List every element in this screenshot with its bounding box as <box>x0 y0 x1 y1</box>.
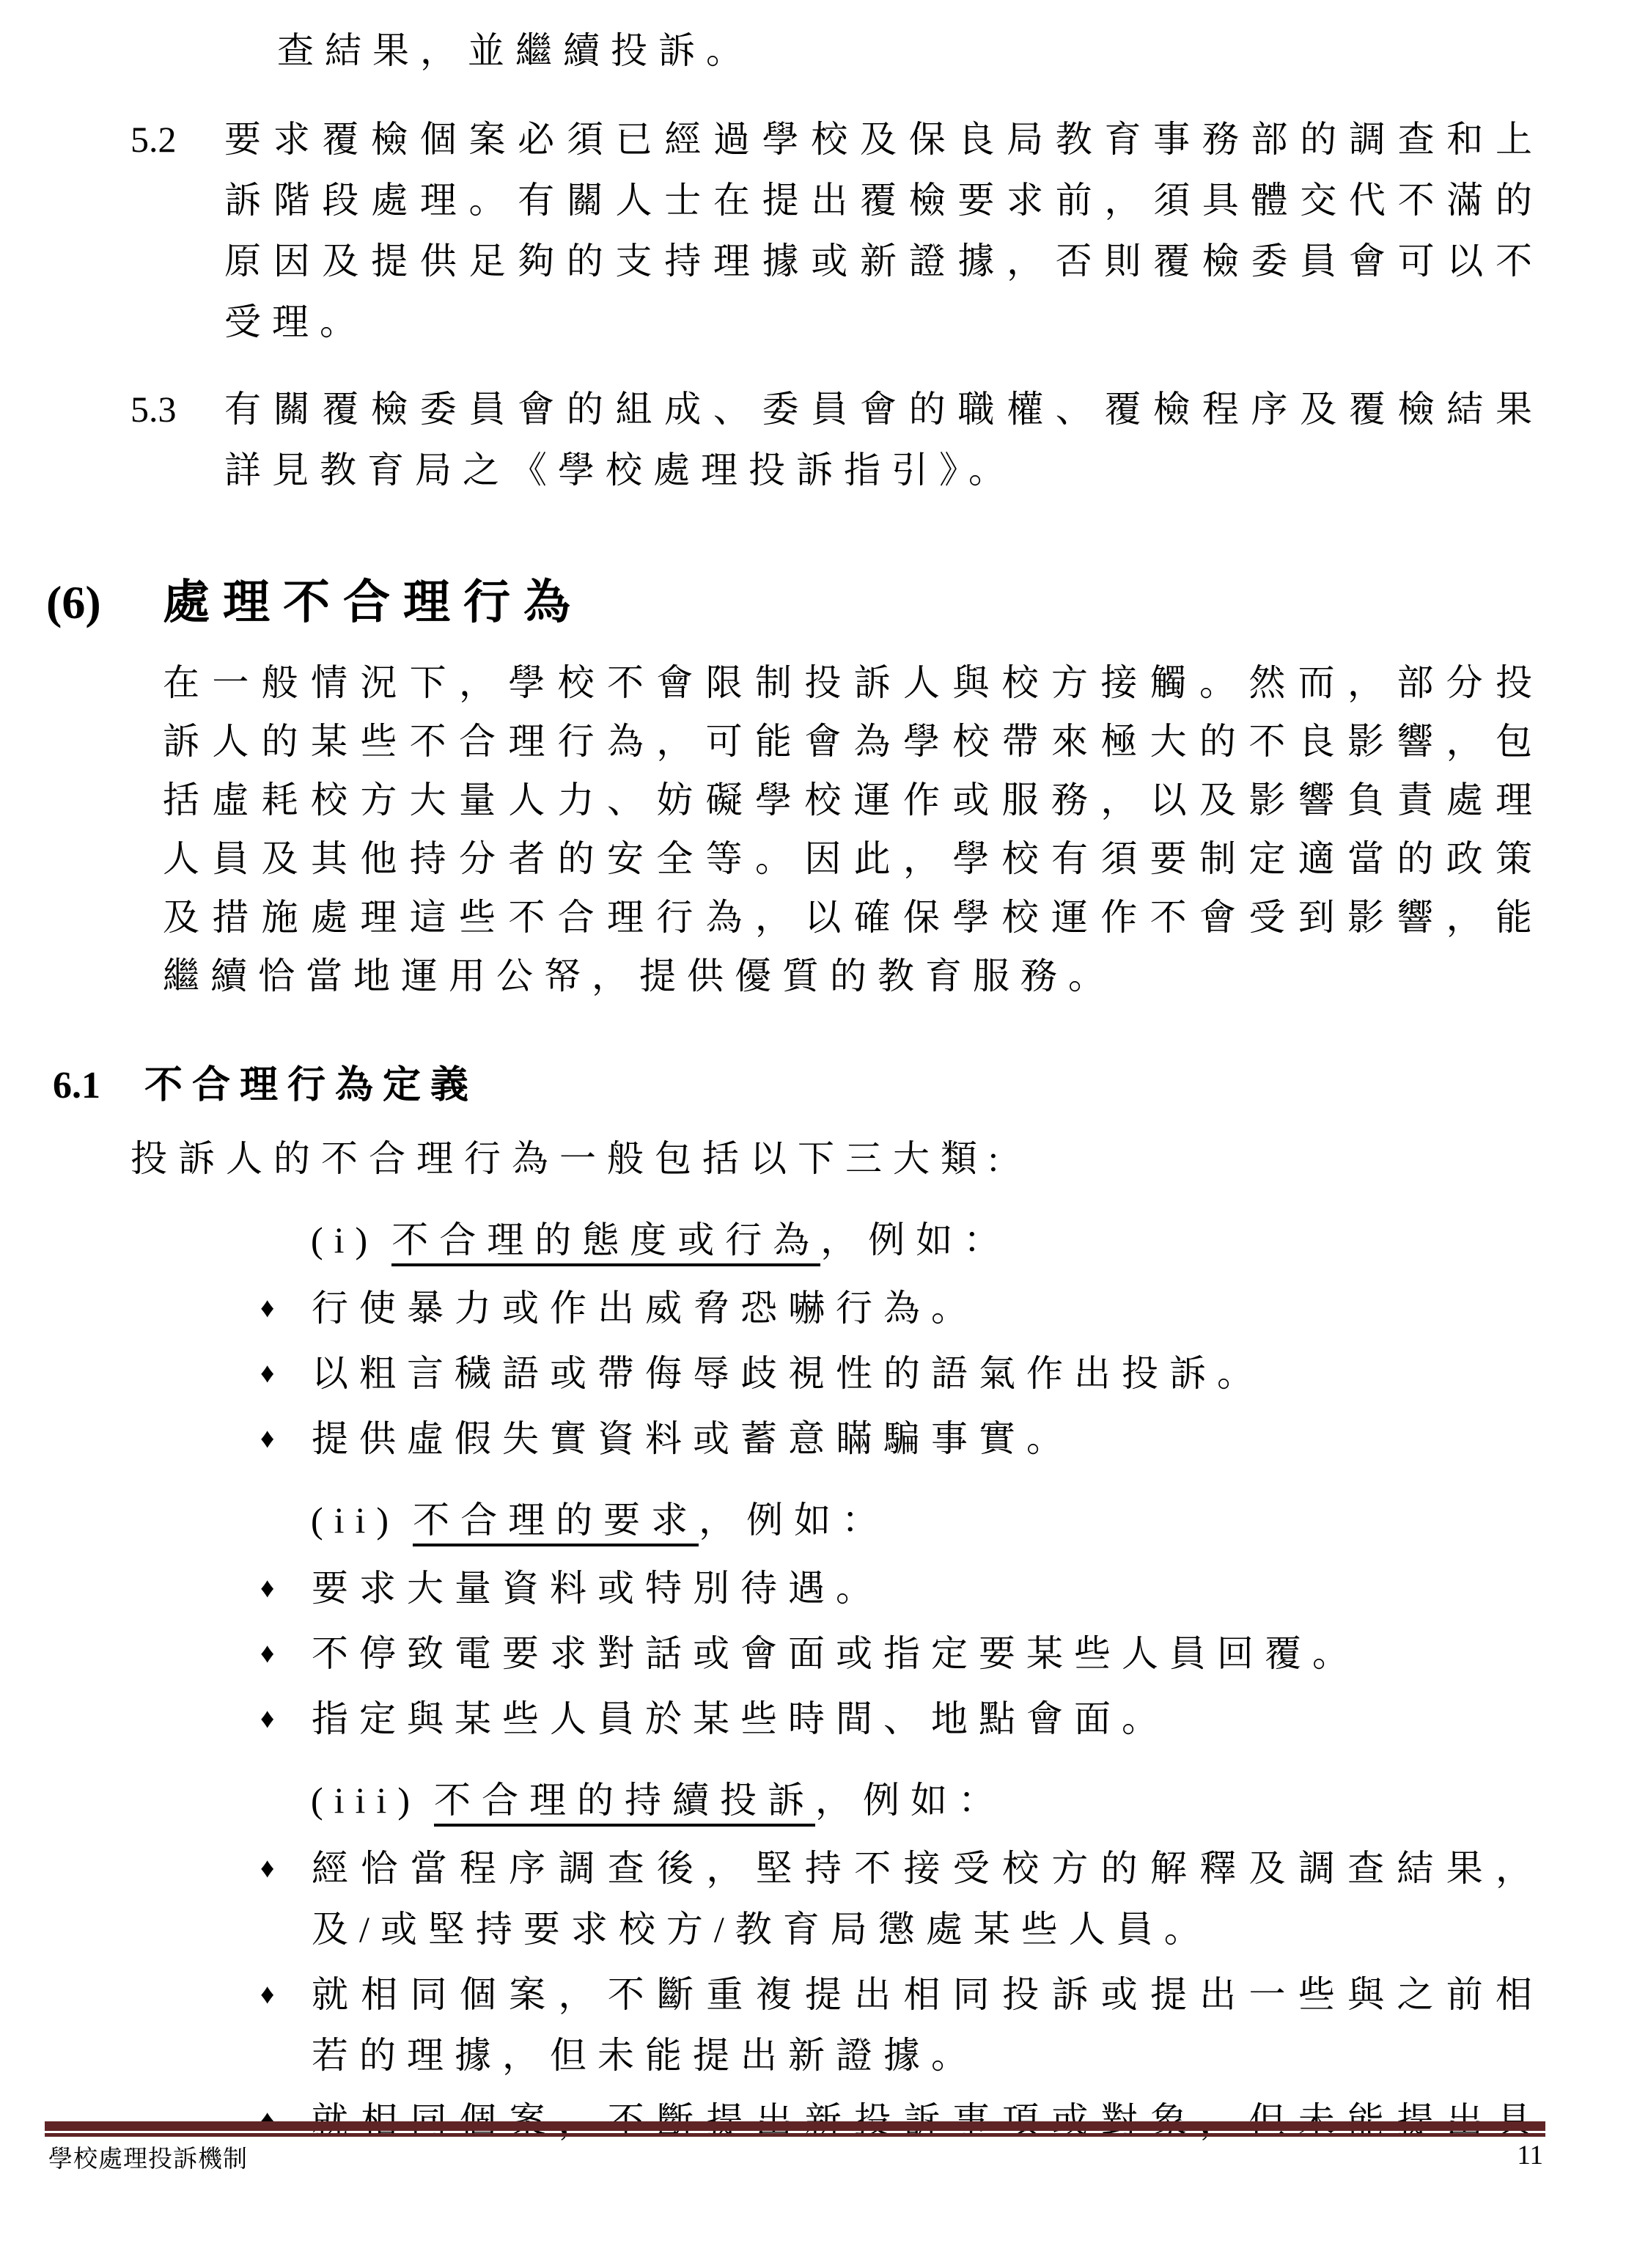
diamond-bullet-icon: ♦ <box>260 1838 312 1899</box>
diamond-bullet-icon: ♦ <box>260 1278 312 1339</box>
clause-5-3-text: 有關覆檢委員會的組成、委員會的職權、覆檢程序及覆檢結果詳見教育局之《學校處理投訴… <box>224 379 1543 501</box>
bullet-text: 行使暴力或作出威脅恐嚇行為。 <box>312 1278 1543 1339</box>
section-6-1-lead: 投訴人的不合理行為一般包括以下三大類: <box>130 1129 1648 1189</box>
diamond-bullet-icon: ♦ <box>260 1343 312 1404</box>
category-i-label: (i) <box>311 1219 378 1260</box>
footer-rule-thin <box>45 2133 1545 2137</box>
category-ii-label: (ii) <box>311 1500 400 1541</box>
footer-page-number: 11 <box>1517 2140 1543 2171</box>
clause-5-3-number: 5.3 <box>130 379 224 440</box>
page-footer: 學校處理投訴機制 11 <box>48 2140 1543 2174</box>
category-i-heading: (i)不合理的態度或行為，例如： <box>311 1210 1648 1271</box>
continuation-line: 查結果，並繼續投訴。 <box>277 21 1648 81</box>
section-6-number: (6) <box>46 574 163 631</box>
diamond-bullet-icon: ♦ <box>260 1964 312 2025</box>
bullet-item: ♦ 要求大量資料或特別待遇。 <box>0 1558 1648 1619</box>
category-i-suffix: ，例如： <box>820 1219 1011 1260</box>
section-6-title: 處理不合理行為 <box>163 574 584 631</box>
footer-rule-thick <box>45 2121 1545 2131</box>
category-iii-underlined-title: 不合理的持續投訴 <box>434 1780 815 1827</box>
section-6-1-number: 6.1 <box>53 1063 144 1109</box>
bullet-text: 不停致電要求對話或會面或指定要某些人員回覆。 <box>312 1623 1543 1684</box>
section-6-1-title: 不合理行為定義 <box>144 1063 478 1109</box>
clause-5-3: 5.3 有關覆檢委員會的組成、委員會的職權、覆檢程序及覆檢結果詳見教育局之《學校… <box>0 379 1648 501</box>
bullet-text: 提供虛假失實資料或蓄意瞞騙事實。 <box>312 1409 1543 1469</box>
bullet-text: 要求大量資料或特別待遇。 <box>312 1558 1543 1619</box>
clause-5-2-number: 5.2 <box>130 109 224 170</box>
footer-doc-title: 學校處理投訴機制 <box>48 2140 248 2174</box>
bullet-text: 就相同個案，不斷重複提出相同投訴或提出一些與之前相若的理據，但未能提出新證據。 <box>312 1964 1543 2086</box>
section-6-intro: 在一般情況下，學校不會限制投訴人與校方接觸。然而，部分投訴人的某些不合理行為，可… <box>163 653 1543 1005</box>
bullet-item: ♦ 指定與某些人員於某些時間、地點會面。 <box>0 1689 1648 1750</box>
bullet-text: 指定與某些人員於某些時間、地點會面。 <box>312 1689 1543 1750</box>
diamond-bullet-icon: ♦ <box>260 1689 312 1750</box>
category-ii-underlined-title: 不合理的要求 <box>413 1500 699 1546</box>
bullet-item: ♦ 提供虛假失實資料或蓄意瞞騙事實。 <box>0 1409 1648 1469</box>
bullet-item: ♦ 不停致電要求對話或會面或指定要某些人員回覆。 <box>0 1623 1648 1684</box>
page-content: 查結果，並繼續投訴。 5.2 要求覆檢個案必須已經過學校及保良局教育事務部的調查… <box>0 21 1648 2151</box>
category-iii-label: (iii) <box>311 1780 421 1821</box>
bullet-item: ♦ 行使暴力或作出威脅恐嚇行為。 <box>0 1278 1648 1339</box>
bullet-text: 以粗言穢語或帶侮辱歧視性的語氣作出投訴。 <box>312 1343 1543 1404</box>
diamond-bullet-icon: ♦ <box>260 1558 312 1619</box>
category-iii-heading: (iii)不合理的持續投訴，例如： <box>311 1770 1648 1831</box>
diamond-bullet-icon: ♦ <box>260 1409 312 1469</box>
diamond-bullet-icon: ♦ <box>260 1623 312 1684</box>
section-6-1-heading: 6.1 不合理行為定義 <box>0 1063 1648 1109</box>
bullet-item: ♦ 以粗言穢語或帶侮辱歧視性的語氣作出投訴。 <box>0 1343 1648 1404</box>
category-iii-suffix: ，例如： <box>815 1780 1006 1821</box>
document-page: 查結果，並繼續投訴。 5.2 要求覆檢個案必須已經過學校及保良局教育事務部的調查… <box>0 0 1648 2268</box>
bullet-item: ♦ 就相同個案，不斷重複提出相同投訴或提出一些與之前相若的理據，但未能提出新證據… <box>0 1964 1648 2086</box>
clause-5-2-text: 要求覆檢個案必須已經過學校及保良局教育事務部的調查和上訴階段處理。有關人士在提出… <box>224 109 1543 353</box>
category-ii-suffix: ，例如： <box>699 1500 889 1541</box>
section-6-heading: (6) 處理不合理行為 <box>0 574 1648 631</box>
category-ii-heading: (ii)不合理的要求，例如： <box>311 1490 1648 1551</box>
bullet-item: ♦ 經恰當程序調查後，堅持不接受校方的解釋及調查結果，及/或堅持要求校方/教育局… <box>0 1838 1648 1960</box>
category-i-underlined-title: 不合理的態度或行為 <box>391 1219 820 1266</box>
clause-5-2: 5.2 要求覆檢個案必須已經過學校及保良局教育事務部的調查和上訴階段處理。有關人… <box>0 109 1648 353</box>
bullet-text: 經恰當程序調查後，堅持不接受校方的解釋及調查結果，及/或堅持要求校方/教育局懲處… <box>312 1838 1543 1960</box>
